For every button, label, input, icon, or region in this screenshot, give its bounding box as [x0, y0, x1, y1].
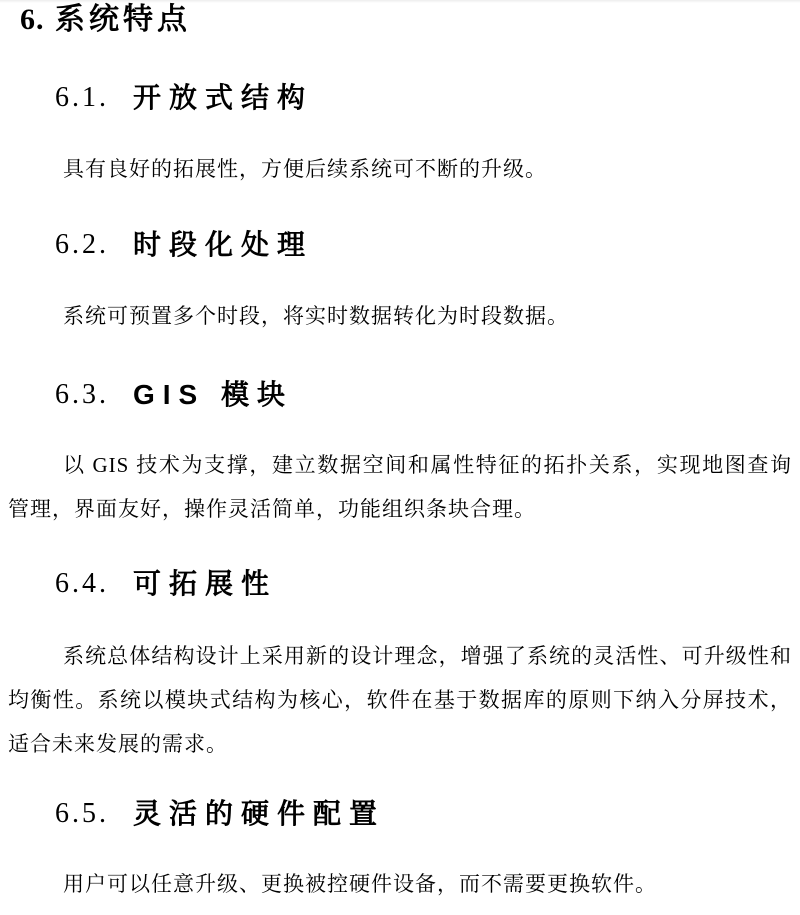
section-heading-6-4: 6.4.可拓展性: [55, 567, 277, 601]
section-heading-number: 6.1.: [55, 81, 133, 115]
section-heading-text: 灵活的硬件配置: [133, 798, 385, 829]
section-heading-text: 时段化处理: [133, 229, 313, 260]
section-heading-6-3: 6.3.GIS 模块: [55, 378, 293, 412]
section-heading-text: 开放式结构: [133, 82, 313, 113]
section-paragraph-6-3: 以 GIS 技术为支撑，建立数据空间和属性特征的拓扑关系，实现地图查询管理，界面…: [8, 443, 792, 531]
section-heading-number: 6.5.: [55, 797, 133, 831]
section-heading-number: 6.2.: [55, 228, 133, 262]
section-paragraph-6-2: 系统可预置多个时段，将实时数据转化为时段数据。: [8, 294, 792, 338]
section-heading-number: 6.4.: [55, 567, 133, 601]
section-heading-text: GIS 模块: [133, 379, 293, 410]
section-heading-text: 可拓展性: [133, 568, 277, 599]
page-title: 6.系统特点: [20, 2, 191, 38]
section-heading-6-1: 6.1.开放式结构: [55, 81, 313, 115]
section-heading-6-5: 6.5.灵活的硬件配置: [55, 797, 385, 831]
document-page: 6.系统特点 6.1.开放式结构 具有良好的拓展性，方便后续系统可不断的升级。 …: [0, 0, 800, 915]
section-heading-6-2: 6.2.时段化处理: [55, 228, 313, 262]
section-paragraph-6-5: 用户可以任意升级、更换被控硬件设备，而不需要更换软件。: [8, 862, 792, 906]
section-paragraph-6-4: 系统总体结构设计上采用新的设计理念，增强了系统的灵活性、可升级性和均衡性。系统以…: [8, 634, 792, 766]
section-paragraph-6-1: 具有良好的拓展性，方便后续系统可不断的升级。: [8, 147, 792, 191]
page-title-number: 6.: [20, 2, 55, 38]
page-title-text: 系统特点: [55, 3, 191, 36]
section-heading-number: 6.3.: [55, 378, 133, 412]
